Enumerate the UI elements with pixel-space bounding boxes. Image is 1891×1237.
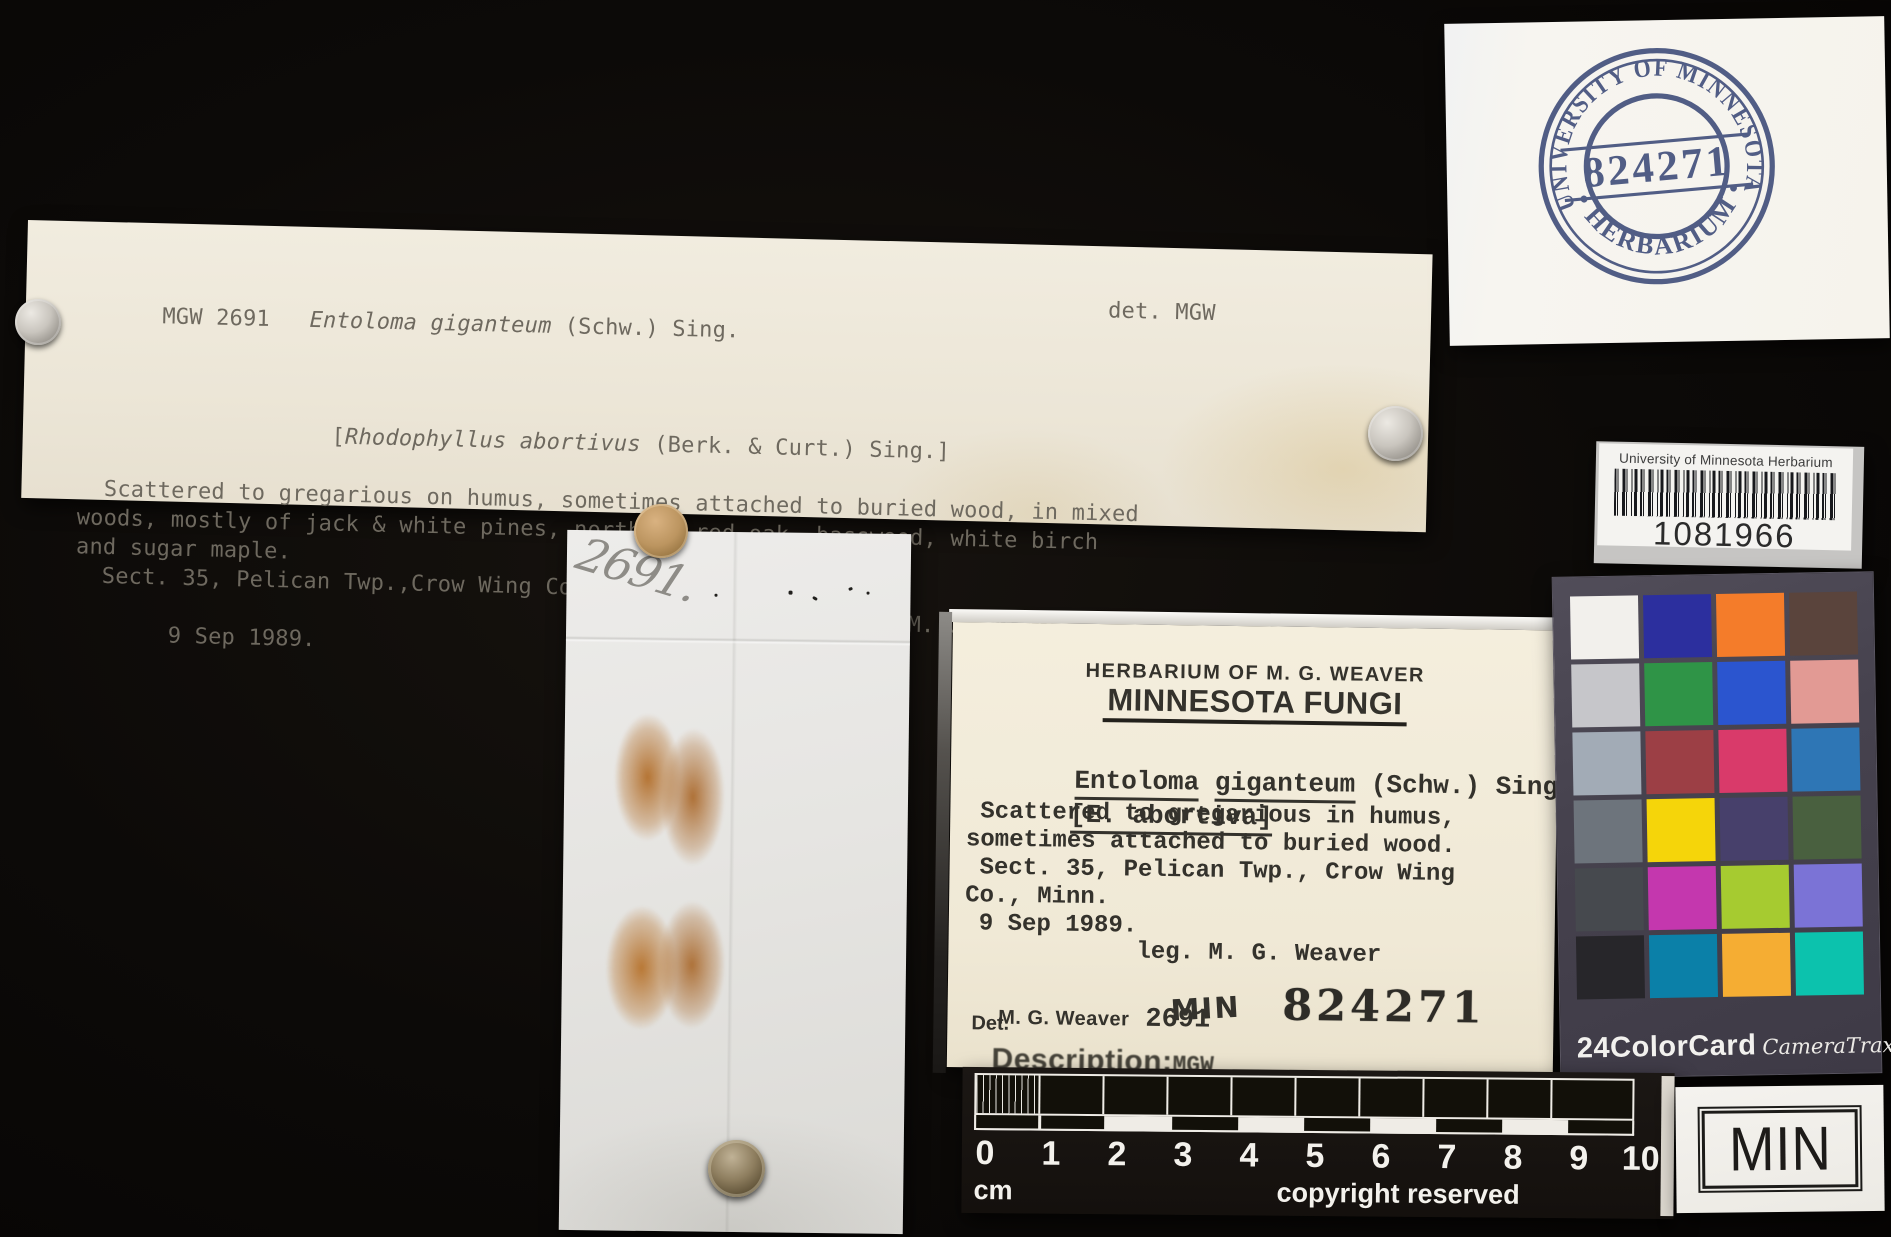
- magnet-pin-right: [1368, 406, 1423, 461]
- ink-fleck: [714, 594, 717, 597]
- accession-number: 824271: [1282, 981, 1486, 1034]
- color-patch: [1789, 592, 1858, 656]
- ruler-edge-strip: [1660, 1076, 1674, 1216]
- synonym-species: Rhodophyllus abortivus: [345, 425, 641, 457]
- ink-fleck: [812, 596, 818, 601]
- scale-bar-ruler: 0 1 2 3 4 5 6 7 8 9 10 cm copyright rese…: [961, 1067, 1674, 1219]
- color-patch: [1575, 867, 1644, 931]
- color-patch: [1718, 729, 1787, 793]
- color-patch: [1645, 730, 1714, 794]
- box-date: 9 Sep 1989.: [979, 910, 1138, 939]
- collection-date: 9 Sep 1989.: [167, 624, 315, 653]
- ruler-unit: cm: [973, 1175, 1012, 1205]
- color-patch: [1571, 663, 1640, 727]
- ruler-bottom-row: cm copyright reserved: [973, 1175, 1659, 1212]
- accession-stamp-card: UNIVERSITY OF MINNESOTA • HERBARIUM • 82…: [1444, 16, 1890, 346]
- ruler-cell: [1360, 1078, 1424, 1117]
- ruler-number: 5: [1297, 1137, 1333, 1176]
- color-patch: [1794, 863, 1863, 927]
- color-patch: [1793, 795, 1862, 859]
- herbarium-stamp: UNIVERSITY OF MINNESOTA • HERBARIUM • 82…: [1520, 30, 1793, 303]
- ruler-copyright: copyright reserved: [1276, 1178, 1519, 1211]
- magnet-pin-spore-bottom: [708, 1140, 765, 1197]
- bracket: [: [331, 424, 345, 449]
- color-patch: [1649, 934, 1718, 998]
- herbarium-specimen-photo: MGW 2691Entoloma giganteum(Schw.) Sing. …: [0, 0, 1891, 1237]
- color-card-footer: 24ColorCardCameraTrax.com: [1577, 1027, 1878, 1065]
- ruler-cell: [1552, 1080, 1618, 1119]
- ink-fleck: [848, 587, 853, 591]
- ruler-scale: 0 1 2 3 4 5 6 7 8 9 10: [974, 1073, 1635, 1178]
- ruler-cell: [1104, 1076, 1168, 1115]
- color-calibration-card: 24ColorCardCameraTrax.com: [1552, 571, 1883, 1079]
- min-code: MIN: [1728, 1113, 1831, 1185]
- ruler-black-block: [1436, 1119, 1502, 1133]
- color-card-brand: CameraTrax.com: [1762, 1032, 1891, 1059]
- ruler-number: 10: [1622, 1140, 1658, 1179]
- ink-fleck: [789, 591, 793, 595]
- color-patch: [1648, 866, 1717, 930]
- spore-deposit-upper: [608, 690, 730, 883]
- color-patch-grid: [1570, 592, 1865, 1000]
- color-patch: [1790, 660, 1859, 724]
- ruler-cell: [1168, 1077, 1232, 1116]
- box-title-text: MINNESOTA FUNGI: [1103, 682, 1407, 726]
- color-patch: [1716, 593, 1785, 657]
- determiner-note: det. MGW: [1108, 296, 1216, 328]
- ruler-number: 1: [1033, 1135, 1069, 1174]
- ruler-numbers: 0 1 2 3 4 5 6 7 8 9 10: [974, 1132, 1634, 1178]
- color-patch: [1722, 933, 1791, 997]
- ruler-number: 4: [1231, 1136, 1267, 1175]
- synonym-authority: (Berk. & Curt.) Sing.]: [640, 432, 950, 465]
- color-patch: [1721, 865, 1790, 929]
- color-card-name: 24ColorCard: [1577, 1029, 1757, 1064]
- barcode-icon: [1614, 469, 1837, 521]
- ruler-cell: [1296, 1078, 1360, 1117]
- ruler-checker-band: [974, 1073, 1634, 1121]
- color-patch: [1574, 799, 1643, 863]
- color-patch: [1572, 731, 1641, 795]
- ruler-cell: [1488, 1079, 1552, 1118]
- weaver-box-label: HERBARIUM OF M. G. WEAVER MINNESOTA FUNG…: [947, 622, 1559, 1075]
- species-name: Entoloma giganteum: [309, 308, 552, 339]
- ruler-number: 6: [1363, 1137, 1399, 1176]
- magnet-pin-left: [15, 299, 61, 345]
- ruler-black-block: [1568, 1120, 1632, 1134]
- color-patch: [1717, 661, 1786, 725]
- ruler-cell: [1040, 1076, 1104, 1115]
- main-determination-label: MGW 2691Entoloma giganteum(Schw.) Sing. …: [21, 220, 1432, 532]
- ruler-number: 3: [1165, 1136, 1201, 1175]
- barcode-number: 1081966: [1597, 513, 1852, 556]
- ruler-mm-ticks: [976, 1075, 1040, 1114]
- color-patch: [1647, 798, 1716, 862]
- color-patch: [1643, 594, 1712, 658]
- box-title: MINNESOTA FUNGI: [952, 680, 1558, 724]
- ruler-number: 8: [1495, 1139, 1531, 1178]
- color-patch: [1570, 595, 1639, 659]
- barcode-title: University of Minnesota Herbarium: [1599, 450, 1853, 470]
- collection-id: MGW 2691: [162, 304, 270, 332]
- min-card-frame-inner: MIN: [1702, 1109, 1859, 1189]
- ruler-number: 2: [1099, 1135, 1135, 1174]
- barcode-label-face: University of Minnesota Herbarium 108196…: [1597, 443, 1853, 550]
- min-herbarium-card: MIN: [1675, 1085, 1884, 1213]
- ruler-cell: [1424, 1079, 1488, 1118]
- ruler-number: 0: [967, 1134, 1003, 1173]
- box-locality-2: Co., Minn.: [965, 882, 1109, 911]
- ruler-black-block: [1172, 1117, 1238, 1131]
- ruler-black-block: [1304, 1118, 1370, 1132]
- color-patch: [1644, 662, 1713, 726]
- authority: (Schw.) Sing.: [1355, 770, 1574, 803]
- ruler-cell: [1232, 1077, 1296, 1116]
- ruler-number: 7: [1429, 1138, 1465, 1177]
- spore-deposit-lower: [593, 878, 731, 1058]
- magnet-pin-spore-top: [634, 504, 688, 558]
- color-patch: [1795, 931, 1864, 995]
- ink-fleck: [867, 592, 870, 595]
- ruler-number: 9: [1561, 1139, 1597, 1178]
- color-patch: [1720, 797, 1789, 861]
- species-authority: (Schw.) Sing.: [564, 314, 739, 343]
- color-patch: [1791, 728, 1860, 792]
- barcode-label: University of Minnesota Herbarium 108196…: [1594, 441, 1864, 569]
- spore-print-sheet: 2691.: [559, 530, 912, 1234]
- min-card-frame: MIN: [1698, 1105, 1863, 1193]
- ruler-black-block: [1041, 1116, 1104, 1130]
- ruler-black-block: [976, 1115, 1038, 1129]
- color-patch: [1576, 935, 1645, 999]
